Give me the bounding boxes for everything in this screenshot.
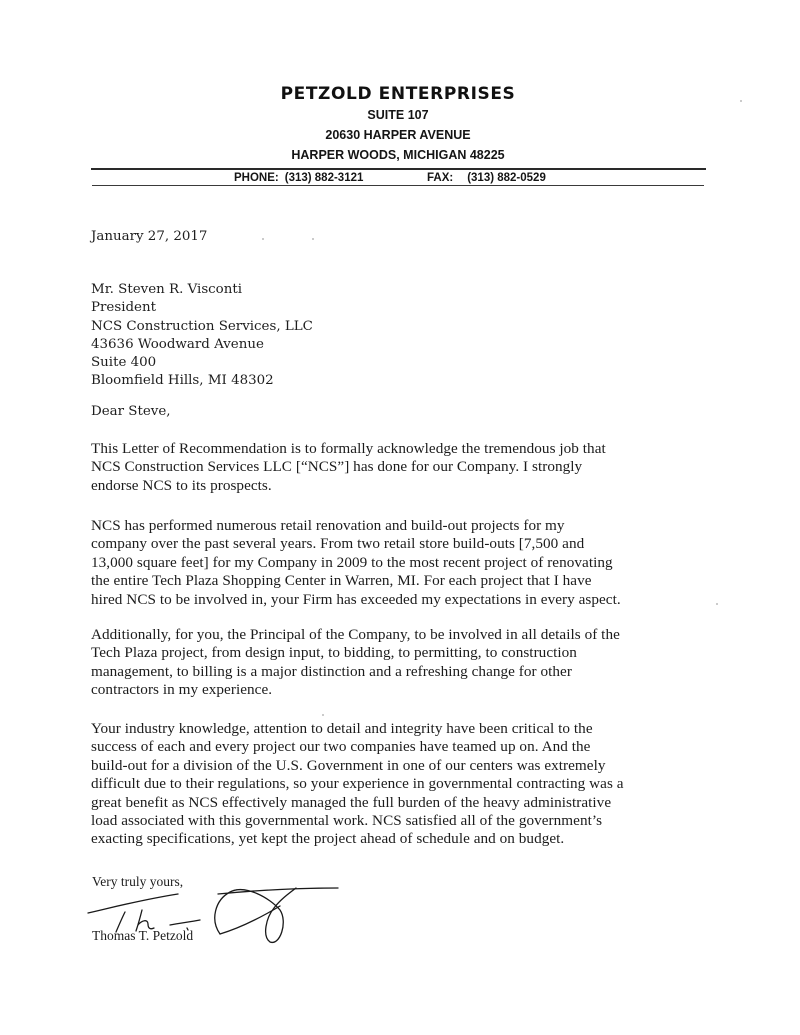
recipient-address: Mr. Steven R. Visconti President NCS Con…	[91, 281, 313, 391]
paragraph-line: build-out for a division of the U.S. Gov…	[91, 757, 731, 775]
paragraph-line: This Letter of Recommendation is to form…	[91, 440, 731, 458]
header-divider-thick	[91, 168, 706, 170]
paragraph-line: NCS Construction Services LLC [“NCS”] ha…	[91, 458, 731, 476]
paragraph-line: contractors in my experience.	[91, 681, 731, 699]
paragraph-line: 13,000 square feet] for my Company in 20…	[91, 554, 731, 572]
paragraph-line: NCS has performed numerous retail renova…	[91, 517, 731, 535]
paragraph-4: Your industry knowledge, attention to de…	[91, 720, 731, 849]
paragraph-line: Additionally, for you, the Principal of …	[91, 626, 731, 644]
address-street: 20630 HARPER AVENUE	[0, 128, 796, 142]
paragraph-line: Tech Plaza project, from design input, t…	[91, 644, 731, 662]
paragraph-3: Additionally, for you, the Principal of …	[91, 626, 731, 700]
paragraph-1: This Letter of Recommendation is to form…	[91, 440, 731, 495]
fax-label: FAX:	[427, 172, 453, 184]
phone-label: PHONE:	[234, 172, 279, 184]
recipient-street: 43636 Woodward Avenue	[91, 336, 313, 354]
fax-info: FAX:(313) 882-0529	[427, 172, 546, 184]
paragraph-line: endorse NCS to its prospects.	[91, 477, 731, 495]
letter-date: January 27, 2017	[91, 229, 207, 244]
paragraph-line: management, to billing is a major distin…	[91, 663, 731, 681]
header-divider-thin	[92, 185, 704, 186]
salutation: Dear Steve,	[91, 404, 171, 419]
paragraph-line: difficult due to their regulations, so y…	[91, 775, 731, 793]
scan-speck	[716, 603, 718, 605]
paragraph-line: great benefit as NCS effectively managed…	[91, 794, 731, 812]
address-suite: SUITE 107	[0, 108, 796, 122]
paragraph-line: load associated with this governmental w…	[91, 812, 731, 830]
scan-speck	[312, 238, 314, 240]
paragraph-line: exacting specifications, yet kept the pr…	[91, 830, 731, 848]
paragraph-line: the entire Tech Plaza Shopping Center in…	[91, 572, 731, 590]
company-name: PETZOLD ENTERPRISES	[0, 84, 796, 104]
signer-name: Thomas T. Petzold	[92, 928, 193, 944]
paragraph-line: success of each and every project our tw…	[91, 738, 731, 756]
paragraph-line: company over the past several years. Fro…	[91, 535, 731, 553]
scan-speck	[262, 238, 264, 240]
address-city: HARPER WOODS, MICHIGAN 48225	[0, 148, 796, 162]
scan-speck	[740, 100, 742, 102]
phone-number: (313) 882-3121	[285, 172, 364, 184]
phone-info: PHONE:(313) 882-3121	[234, 172, 363, 184]
fax-number: (313) 882-0529	[467, 172, 546, 184]
recipient-name: Mr. Steven R. Visconti	[91, 281, 313, 299]
scan-speck	[322, 714, 324, 716]
paragraph-line: hired NCS to be involved in, your Firm h…	[91, 591, 731, 609]
recipient-title: President	[91, 299, 313, 317]
recipient-suite: Suite 400	[91, 354, 313, 372]
recipient-company: NCS Construction Services, LLC	[91, 318, 313, 336]
recipient-city: Bloomfield Hills, MI 48302	[91, 372, 313, 390]
paragraph-2: NCS has performed numerous retail renova…	[91, 517, 731, 609]
paragraph-line: Your industry knowledge, attention to de…	[91, 720, 731, 738]
